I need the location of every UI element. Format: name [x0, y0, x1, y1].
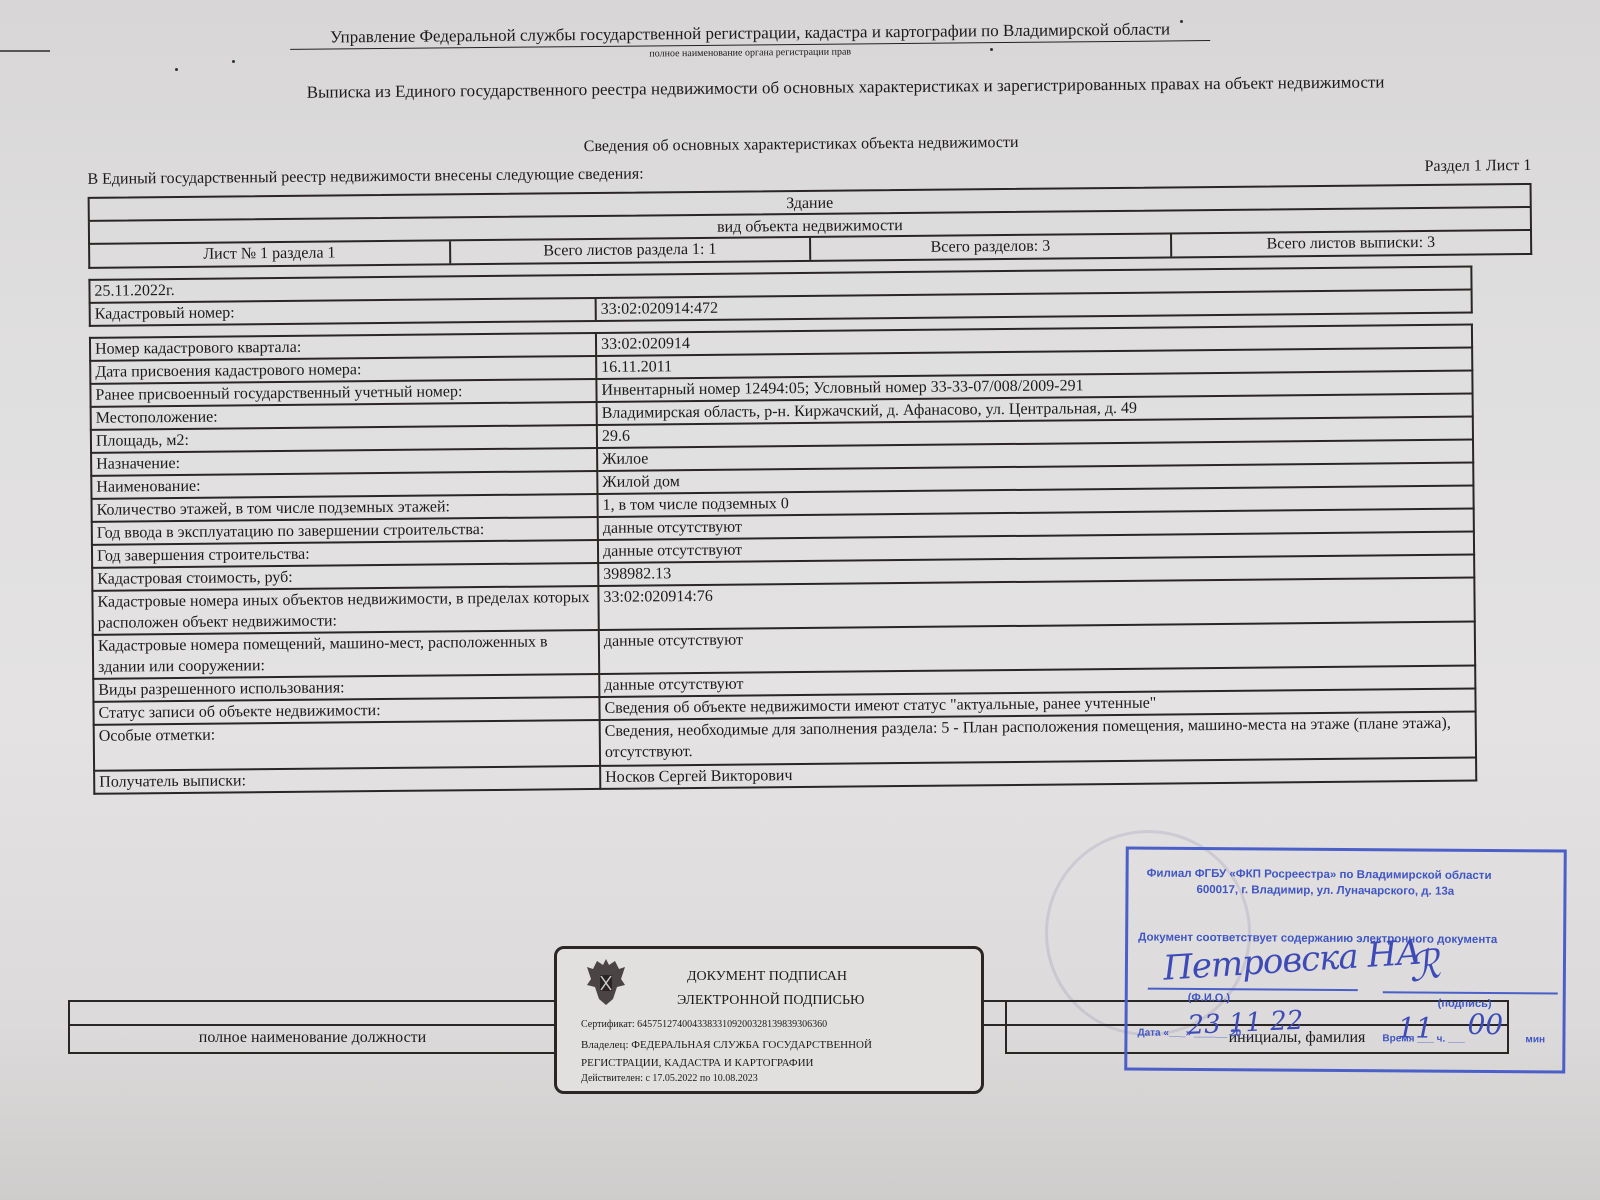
position-caption: полное наименование должности	[70, 1024, 555, 1052]
row-value: Сведения, необходимые для заполнения раз…	[600, 712, 1476, 766]
row-label: Особые отметки:	[94, 720, 600, 771]
characteristics-table: Номер кадастрового квартала:33:02:020914…	[89, 324, 1477, 795]
total-sheets-extract: Всего листов выписки: 3	[1172, 231, 1531, 256]
signature-line	[1383, 991, 1558, 994]
esig-owner-line1: Владелец: ФЕДЕРАЛЬНАЯ СЛУЖБА ГОСУДАРСТВЕ…	[581, 1039, 872, 1051]
extract-title: Выписка из Единого государственного реес…	[71, 71, 1531, 105]
total-sheets-section: Всего листов раздела 1: 1	[451, 238, 812, 263]
stamp-address: 600017, г. Владимир, ул. Луначарского, д…	[1196, 884, 1454, 898]
esig-title-line1: ДОКУМЕНТ ПОДПИСАН	[687, 969, 847, 985]
esig-validity: Действителен: с 17.05.2022 по 10.08.2023	[581, 1073, 758, 1084]
total-sections: Всего разделов: 3	[811, 234, 1172, 259]
esig-owner-line2: РЕГИСТРАЦИИ, КАДАСТРА И КАРТОГРАФИИ	[581, 1057, 813, 1069]
handwritten-signature: ℛ	[1404, 941, 1443, 992]
certification-stamp: Филиал ФГБУ «ФКП Росреестра» по Владимир…	[1124, 846, 1567, 1073]
fio-line	[1148, 988, 1358, 991]
row-label: Кадастровые номера помещений, машино-мес…	[93, 630, 599, 679]
row-label: Получатель выписки:	[94, 766, 600, 794]
row-label: Кадастровые номера иных объектов недвижи…	[92, 586, 598, 635]
esig-certificate: Сертификат: 6457512740043383310920032813…	[581, 1019, 827, 1030]
electronic-signature-block: ДОКУМЕНТ ПОДПИСАН ЭЛЕКТРОННОЙ ПОДПИСЬЮ С…	[554, 946, 984, 1094]
section-title: Сведения об основных характеристиках объ…	[71, 129, 1531, 161]
sheet-number: Лист № 1 раздела 1	[90, 241, 451, 266]
cadastral-number-label: Кадастровый номер:	[90, 298, 596, 326]
stamp-branch-name: Филиал ФГБУ «ФКП Росреестра» по Владимир…	[1147, 868, 1492, 882]
page-edge-mark	[0, 50, 50, 52]
position-field: полное наименование должности	[68, 1000, 555, 1054]
handwritten-date: 23 11 22	[1187, 1006, 1304, 1041]
stamp-fio-label: (Ф.И.О.)	[1188, 992, 1230, 1004]
coat-of-arms-icon	[585, 955, 627, 1007]
document-photo-background: Управление Федеральной службы государств…	[0, 0, 1600, 1200]
handwritten-minute: 00	[1467, 1008, 1503, 1041]
handwritten-hour: 11	[1397, 1011, 1433, 1044]
extract-page: Управление Федеральной службы государств…	[70, 16, 1537, 795]
section-sheet-label: Раздел 1 Лист 1	[1425, 157, 1532, 176]
esig-title-line2: ЭЛЕКТРОННОЙ ПОДПИСЬЮ	[677, 993, 864, 1009]
stamp-min-label: мин	[1525, 1034, 1545, 1045]
